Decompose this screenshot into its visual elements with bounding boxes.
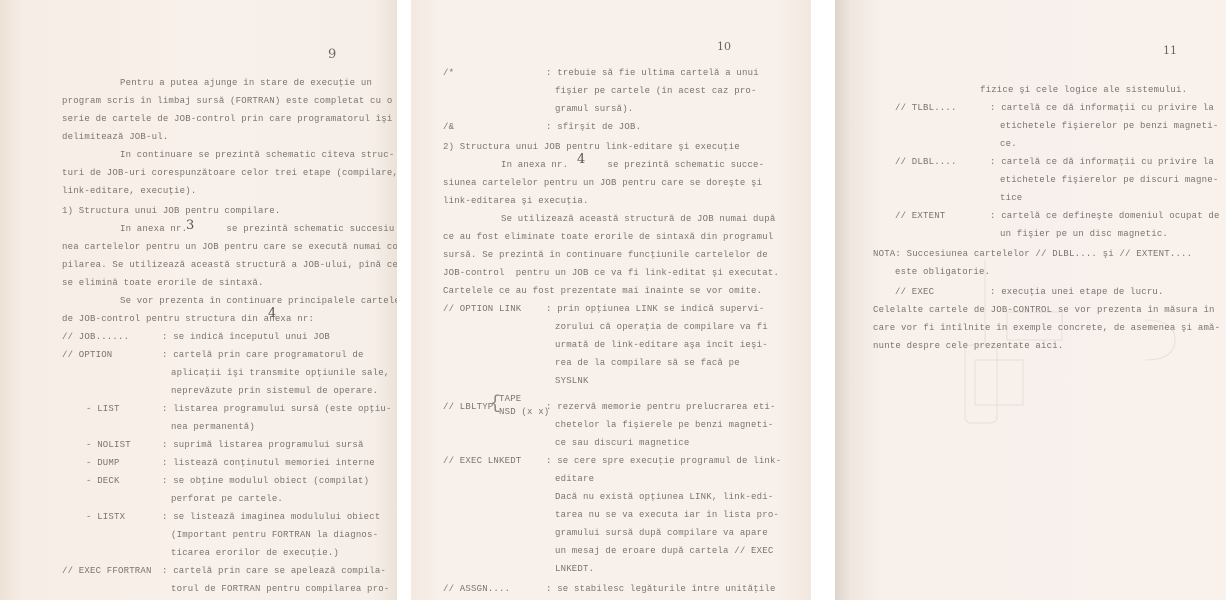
document-page-9: 9 Pentru a putea ajunge în stare de exec…	[0, 0, 397, 600]
text-line: : se obţine modulul obiect (compilat)	[162, 476, 369, 486]
text-line: urmată de link-editare aşa încît ieşi-	[555, 340, 768, 350]
text-line: 2) Structura unui JOB pentru link-editar…	[443, 142, 740, 152]
text-line: program scris în limbaj sursă (FORTRAN) …	[62, 96, 392, 106]
text-line: // LBLTYP	[443, 402, 493, 412]
text-line: ce sau discuri magnetice	[555, 438, 689, 448]
text-line: gramul sursă).	[555, 104, 633, 114]
text-line: chetelor la fişierele pe benzi magneti-	[555, 420, 773, 430]
text-line: // DLBL....	[895, 157, 957, 167]
text-line: /*	[443, 68, 454, 78]
document-page-10: 10 /*: trebuie să fie ultima cartelă a u…	[411, 0, 811, 600]
handwritten-annex-number: 4	[268, 306, 276, 321]
text-line: un mesaj de eroare după cartela // EXEC	[555, 546, 773, 556]
text-line: serie de cartele de JOB-control prin car…	[62, 114, 392, 124]
text-line: // ASSGN....	[443, 584, 510, 594]
text-line: - DECK	[86, 476, 120, 486]
show-through-diagram	[915, 200, 1195, 460]
text-line: : se indică începutul unui JOB	[162, 332, 330, 342]
handwritten-annex-number: 3	[186, 218, 194, 233]
lbltyp-option: NSD (x x)	[499, 407, 549, 417]
text-line: ce au fost eliminate toate erorile de si…	[443, 232, 773, 242]
text-line: : se cere spre execuţie programul de lin…	[546, 456, 781, 466]
text-line: se elimină toate erorile de sintaxă.	[62, 278, 264, 288]
text-line: Dacă nu există opţiunea LINK, link-edi-	[555, 492, 773, 502]
text-line: ce.	[1000, 139, 1017, 149]
text-line: : listarea programului sursă (este opţiu…	[162, 404, 392, 414]
handwritten-annex-number: 4	[577, 152, 585, 167]
text-line: tarea nu se va executa iar în lista pro-	[555, 510, 779, 520]
text-line: rea de la compilare să se facă pe	[555, 358, 740, 368]
text-line: In anexa nr. se prezintă schematic succe…	[501, 160, 764, 170]
text-line: : se listează imaginea modulului obiect	[162, 512, 380, 522]
text-line: Se vor prezenta în continuare principale…	[120, 296, 397, 306]
text-line: // EXEC LNKEDT	[443, 456, 521, 466]
text-line: link-editarea şi execuţia.	[443, 196, 589, 206]
text-line: editare	[555, 474, 594, 484]
text-line: delimitează JOB-ul.	[62, 132, 168, 142]
text-line: : cartelă ce dă informaţii cu privire la	[990, 103, 1214, 113]
text-line: : prin opţiunea LINK se indică supervi-	[546, 304, 764, 314]
text-line: fişier pe cartele (în acest caz pro-	[555, 86, 757, 96]
text-line: In continuare se prezintă schematic cîte…	[120, 150, 394, 160]
text-line: sursă. Se prezintă în continuare funcţiu…	[443, 250, 768, 260]
text-line: : cartelă prin care se apelează compila-	[162, 566, 386, 576]
text-line: 1) Structura unui JOB pentru compilare.	[62, 206, 280, 216]
text-line: etichetele fişierelor pe discuri magne-	[1000, 175, 1218, 185]
page-number: 11	[1163, 44, 1177, 57]
text-line: : rezervă memorie pentru prelucrarea eti…	[546, 402, 776, 412]
text-line: neprevăzute prin sistemul de operare.	[171, 386, 378, 396]
text-line: aplicaţii îşi transmite opţiunile sale,	[171, 368, 389, 378]
text-line: torul de FORTRAN pentru compilarea pro-	[171, 584, 389, 594]
text-line: turi de JOB-uri corespunzătoare celor tr…	[62, 168, 397, 178]
text-line: : trebuie să fie ultima cartelă a unui	[546, 68, 759, 78]
text-line: nea cartelelor pentru un JOB pentru care…	[62, 242, 397, 252]
text-line: // OPTION LINK	[443, 304, 521, 314]
text-line: nea permanentă)	[171, 422, 255, 432]
text-line: pilarea. Se utilizează această structură…	[62, 260, 397, 270]
text-line: // EXEC FFORTRAN	[62, 566, 152, 576]
text-line: : cartelă ce dă informaţii cu privire la	[990, 157, 1214, 167]
text-line: In anexa nr. se prezintă schematic succe…	[120, 224, 394, 234]
text-line: Pentru a putea ajunge în stare de execuţ…	[120, 78, 372, 88]
text-line: - NOLIST	[86, 440, 131, 450]
text-line: // OPTION	[62, 350, 112, 360]
text-line: : listează conţinutul memoriei interne	[162, 458, 375, 468]
text-line: : sfîrşit de JOB.	[546, 122, 641, 132]
text-line: - DUMP	[86, 458, 120, 468]
text-line: // JOB......	[62, 332, 129, 342]
text-line: JOB-control pentru un JOB ce va fi link-…	[443, 268, 779, 278]
text-line: siunea cartelelor pentru un JOB pentru c…	[443, 178, 762, 188]
text-line: - LISTX	[86, 512, 125, 522]
text-line: link-editare, execuţie).	[62, 186, 196, 196]
text-line: : cartelă prin care programatorul de	[162, 350, 364, 360]
text-line: perforat pe cartele.	[171, 494, 283, 504]
text-line: fizice şi cele logice ale sistemului.	[980, 85, 1187, 95]
text-line: zorului că operaţia de compilare va fi	[555, 322, 768, 332]
page-number: 9	[328, 47, 336, 62]
text-line: Cartelele ce au fost prezentate mai înai…	[443, 286, 762, 296]
document-page-11: 11 fizice şi cele logice ale sistemului.…	[835, 0, 1226, 600]
text-line: LNKEDT.	[555, 564, 594, 574]
text-line: /&	[443, 122, 454, 132]
text-line: // TLBL....	[895, 103, 957, 113]
text-line: etichetele fişierelor pe benzi magneti-	[1000, 121, 1218, 131]
lbltyp-option: TAPE	[499, 394, 521, 404]
text-line: : se stabilesc legăturile între unităţil…	[546, 584, 776, 594]
text-line: : suprimă listarea programului sursă	[162, 440, 364, 450]
text-line: (Important pentru FORTRAN la diagnos-	[171, 530, 378, 540]
text-line: gramului sursă după compilare va apare	[555, 528, 768, 538]
text-line: - LIST	[86, 404, 120, 414]
text-line: SYSLNK	[555, 376, 589, 386]
page-number: 10	[717, 40, 731, 53]
text-line: Se utilizează această structură de JOB n…	[501, 214, 775, 224]
text-line: ticarea erorilor de execuţie.)	[171, 548, 339, 558]
